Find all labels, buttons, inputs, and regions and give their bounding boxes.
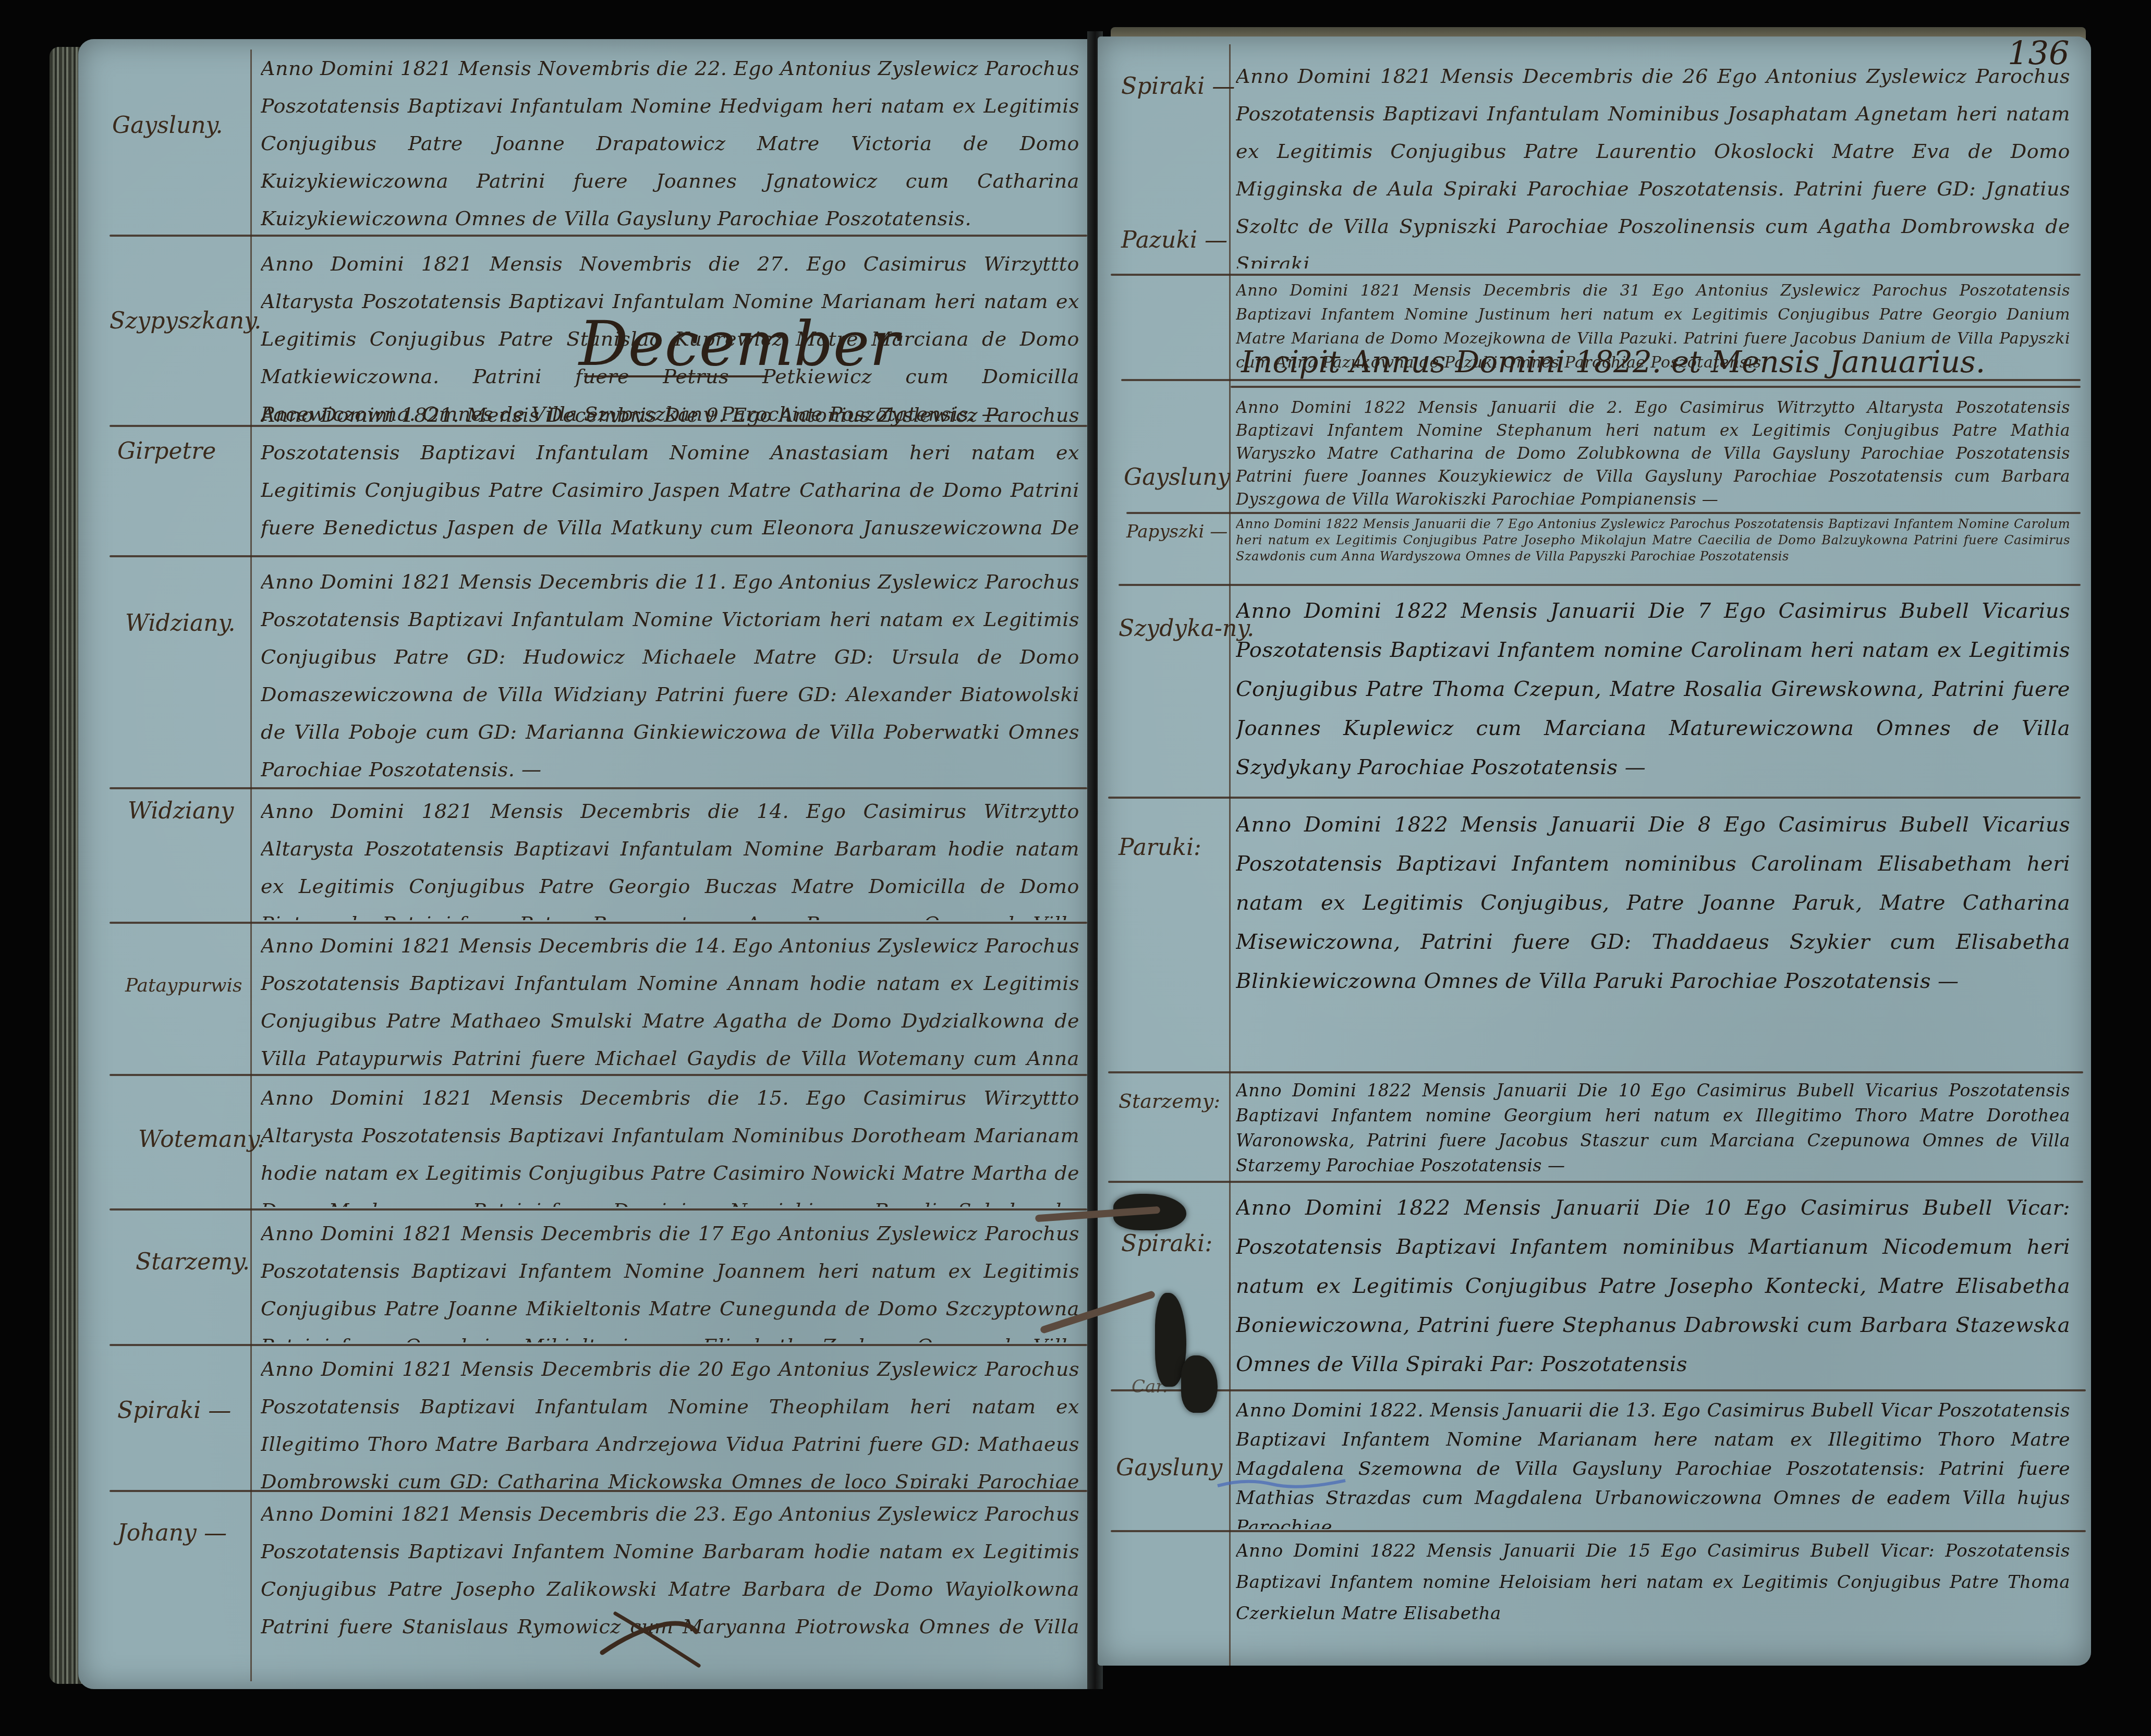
baptism-entry: Anno Domini 1821 Mensis Novembris die 27… — [261, 245, 1079, 422]
row-separator — [1111, 1530, 2086, 1532]
row-separator — [1119, 584, 2081, 586]
baptism-entry: Anno Domini 1822 Mensis Januarii Die 10 … — [1236, 1078, 2070, 1180]
margin-village-label: Gaysluny. — [112, 112, 223, 139]
row-separator — [110, 1344, 1087, 1346]
margin-village-label: Wotemany. — [138, 1126, 264, 1153]
row-separator — [1231, 386, 2081, 388]
baptism-entry: Anno Domini 1821 Mensis Decembris die 26… — [1236, 57, 2070, 268]
margin-village-label: Paruki: — [1119, 834, 1201, 861]
baptism-entry: Anno Domini 1822 Mensis Januarii Die 8 E… — [1236, 805, 2070, 1069]
baptism-entry: Anno Domini 1821 Mensis Decembris die 11… — [261, 563, 1079, 785]
row-separator — [1126, 512, 2081, 514]
row-separator — [110, 1208, 1087, 1211]
margin-village-label: Starzemy. — [136, 1249, 250, 1275]
margin-village-label: Pataypurwis — [125, 975, 242, 996]
baptism-entry: Anno Domini 1821 Mensis Decembris die 15… — [261, 1079, 1079, 1207]
baptism-entry: Anno Domini 1822 Mensis Januarii die 7 E… — [1236, 516, 2070, 581]
baptism-entry: Anno Domini 1821 Mensis Decembris die 14… — [261, 792, 1079, 920]
baptism-entry: Anno Domini 1822 Mensis Januarii Die 7 E… — [1236, 592, 2070, 795]
margin-village-label: Gaysluny — [1124, 464, 1230, 491]
row-separator — [1108, 797, 2081, 799]
baptism-entry: Anno Domini 1821 Mensis Decembris die 31… — [1236, 279, 2070, 375]
margin-village-label: Widziany — [128, 798, 234, 824]
margin-village-label: Szypyszkany. — [110, 308, 261, 334]
row-separator — [1108, 1071, 2083, 1073]
right-page-margin-divider — [1229, 44, 1231, 1666]
margin-village-label: Johany — — [117, 1520, 227, 1546]
baptism-entry: Anno Domini 1821 Mensis Novembris die 22… — [261, 50, 1079, 232]
margin-village-label: Starzemy: — [1119, 1090, 1220, 1112]
baptism-entry: Anno Domini 1821 Mensis Decembris die 14… — [261, 927, 1079, 1073]
row-separator — [110, 1074, 1087, 1076]
margin-village-label: Papyszki — — [1126, 521, 1228, 542]
baptism-entry: Anno Domini 1821 Mensis Decembris die 17… — [261, 1215, 1079, 1342]
baptism-entry: Anno Domini 1821. Mensis Decembris Die 9… — [261, 396, 1079, 553]
margin-village-label: Widziany. — [125, 610, 236, 637]
row-separator — [110, 922, 1087, 924]
cross-mark-icon — [600, 1611, 704, 1668]
baptism-entry: Anno Domini 1822. Mensis Januarii die 13… — [1236, 1396, 2070, 1529]
baptism-entry: Anno Domini 1822 Mensis Januarii die 2. … — [1236, 396, 2070, 511]
margin-village-label: Spiraki — — [1121, 73, 1235, 100]
row-separator — [110, 787, 1087, 789]
row-separator — [110, 235, 1087, 237]
margin-village-label: Spiraki: — [1121, 1230, 1212, 1257]
baptism-entry: Anno Domini 1822 Mensis Januarii Die 10 … — [1236, 1189, 2070, 1387]
row-separator — [1111, 274, 2081, 276]
blue-pencil-mark — [1215, 1473, 1371, 1494]
baptism-entry: Anno Domini 1821 Mensis Decembris die 20… — [261, 1350, 1079, 1488]
row-separator — [110, 1490, 1087, 1492]
margin-village-label: Szydyka-ny. — [1119, 615, 1254, 642]
margin-village-label: Spiraki — — [117, 1397, 231, 1424]
row-separator — [1111, 1389, 2086, 1391]
row-separator — [110, 555, 1087, 557]
margin-village-label: Gaysluny — [1116, 1454, 1222, 1481]
row-separator — [1108, 1181, 2083, 1183]
margin-village-label: Girpetre — [117, 438, 216, 464]
baptism-entry: Anno Domini 1822 Mensis Januarii Die 15 … — [1236, 1535, 2070, 1640]
margin-village-label: Pazuki — — [1121, 227, 1228, 253]
left-page-margin-divider — [250, 50, 252, 1681]
